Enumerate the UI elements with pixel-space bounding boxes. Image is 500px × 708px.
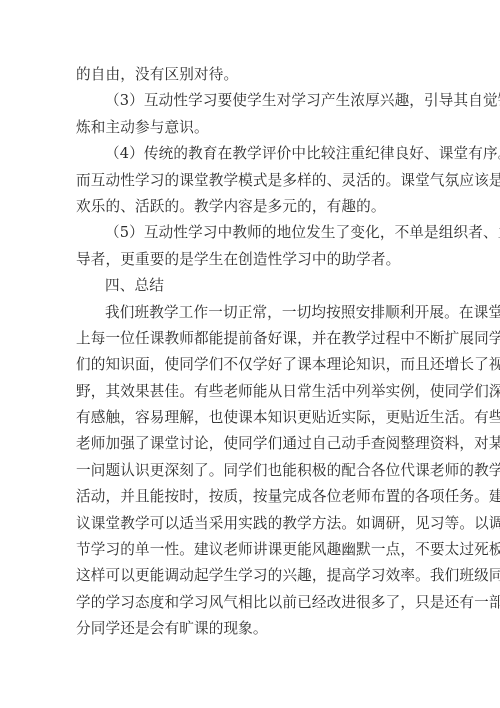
summary-paragraph-start: 我们班教学工作一切正常，一切均按照安排顺利开展。在课堂: [76, 300, 418, 326]
paragraph-line: 分同学还是会有旷课的现象。: [76, 616, 418, 642]
paragraph-line: 节学习的单一性。建议老师讲课更能风趣幽默一点，不要太过死板。: [76, 537, 418, 563]
document-page: 的自由，没有区别对待。 （3）互动性学习要使学生对学习产生浓厚兴趣，引导其自觉锻…: [76, 62, 418, 643]
paragraph-line: 野，其效果甚佳。有些老师能从日常生活中列举实例，使同学们深: [76, 379, 418, 405]
section-heading: 四、总结: [76, 273, 418, 299]
list-item-4: （4）传统的教育在教学评价中比较注重纪律良好、课堂有序。: [76, 141, 418, 167]
paragraph-line: 而互动性学习的课堂教学模式是多样的、灵活的。课堂气氛应该是: [76, 168, 418, 194]
paragraph-line: 学的学习态度和学习风气相比以前已经改进很多了，只是还有一部: [76, 590, 418, 616]
paragraph-line: 欢乐的、活跃的。教学内容是多元的，有趣的。: [76, 194, 418, 220]
paragraph-line: 老师加强了课堂讨论，使同学们通过自己动手查阅整理资料，对某: [76, 431, 418, 457]
paragraph-line: 有感触，容易理解，也使课本知识更贴近实际，更贴近生活。有些: [76, 405, 418, 431]
list-item-5: （5）互动性学习中教师的地位发生了变化，不单是组织者、主: [76, 220, 418, 246]
list-item-3: （3）互动性学习要使学生对学习产生浓厚兴趣，引导其自觉锻: [76, 88, 418, 114]
paragraph-line: 导者，更重要的是学生在创造性学习中的助学者。: [76, 247, 418, 273]
paragraph-line: 一问题认识更深刻了。同学们也能积极的配合各位代课老师的教学: [76, 458, 418, 484]
paragraph-line: 议课堂教学可以适当采用实践的教学方法。如调研，见习等。以调: [76, 511, 418, 537]
paragraph-line: 这样可以更能调动起学生学习的兴趣，提高学习效率。我们班级同: [76, 563, 418, 589]
paragraph-line: 上每一位任课教师都能提前备好课，并在教学过程中不断扩展同学: [76, 326, 418, 352]
paragraph-line: 活动，并且能按时，按质，按量完成各位老师布置的各项任务。建: [76, 484, 418, 510]
paragraph-line: 炼和主动参与意识。: [76, 115, 418, 141]
paragraph-line: 的自由，没有区别对待。: [76, 62, 418, 88]
paragraph-line: 们的知识面，使同学们不仅学好了课本理论知识，而且还增长了视: [76, 352, 418, 378]
